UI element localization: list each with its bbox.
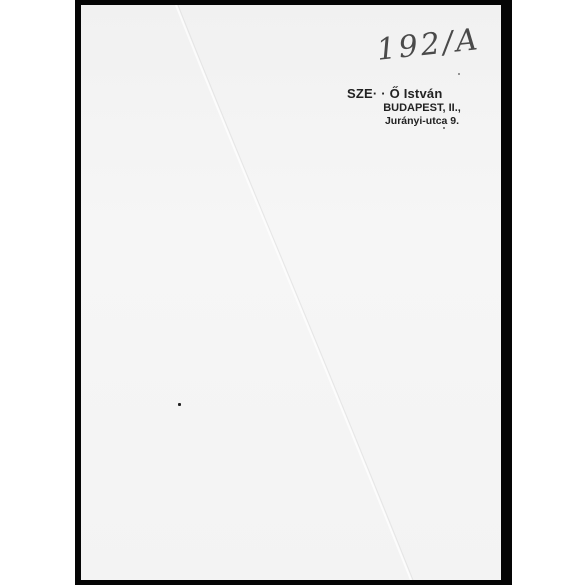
stamp-street: Jurányi-utca 9. [347, 115, 497, 127]
stamp-name: SZE· · Ő István [347, 86, 497, 101]
photo-back-paper: 192/A SZE· · Ő István BUDAPEST, II., Jur… [81, 5, 501, 580]
handwritten-number: 192/A [375, 22, 482, 68]
dust-dot [458, 73, 460, 75]
photographer-stamp: SZE· · Ő István BUDAPEST, II., Jurányi-u… [347, 86, 497, 127]
ink-spot [178, 403, 181, 406]
dust-dot [443, 127, 445, 129]
stamp-city: BUDAPEST, II., [347, 102, 497, 114]
